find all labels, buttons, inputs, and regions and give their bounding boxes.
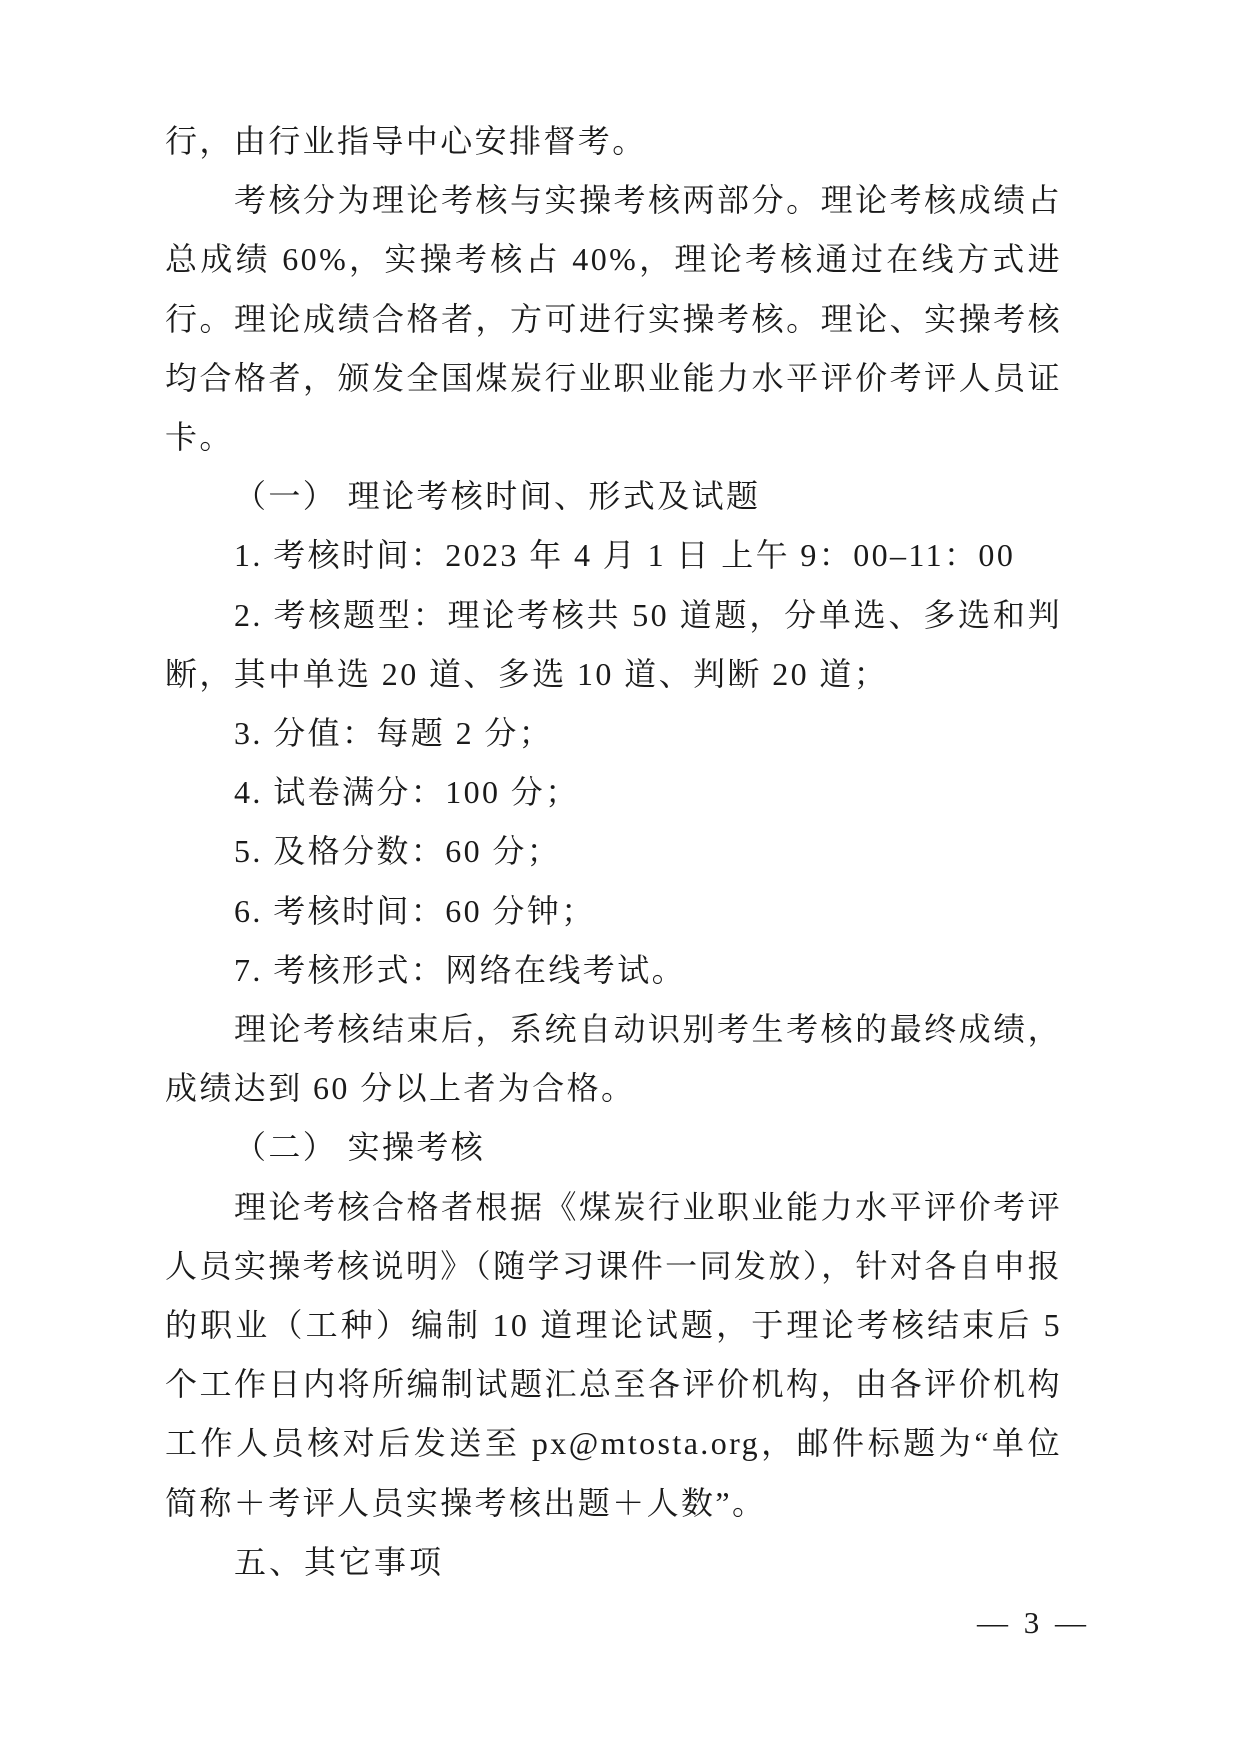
list-item-duration: 6. 考核时间：60 分钟；	[165, 882, 1062, 941]
list-item-full-score: 4. 试卷满分：100 分；	[165, 763, 1062, 822]
document-body: 行，由行业指导中心安排督考。 考核分为理论考核与实操考核两部分。理论考核成绩占总…	[165, 112, 1062, 1592]
paragraph-practical-detail: 理论考核合格者根据《煤炭行业职业能力水平评价考评人员实操考核说明》（随学习课件一…	[165, 1178, 1062, 1533]
list-item-question-types: 2. 考核题型：理论考核共 50 道题，分单选、多选和判断，其中单选 20 道、…	[165, 586, 1062, 704]
list-item-assessment-time: 1. 考核时间：2023 年 4 月 1 日 上午 9：00–11：00	[165, 526, 1062, 585]
section-heading-practical-assessment: （二） 实操考核	[165, 1118, 1062, 1177]
document-page: 行，由行业指导中心安排督考。 考核分为理论考核与实操考核两部分。理论考核成绩占总…	[0, 0, 1240, 1754]
paragraph-continuation: 行，由行业指导中心安排督考。	[165, 112, 1062, 171]
list-item-exam-format: 7. 考核形式：网络在线考试。	[165, 941, 1062, 1000]
list-item-passing-score: 5. 及格分数：60 分；	[165, 822, 1062, 881]
list-item-points-per-question: 3. 分值：每题 2 分；	[165, 704, 1062, 763]
paragraph-theory-result-note: 理论考核结束后，系统自动识别考生考核的最终成绩，成绩达到 60 分以上者为合格。	[165, 1000, 1062, 1118]
paragraph-assessment-overview: 考核分为理论考核与实操考核两部分。理论考核成绩占总成绩 60%，实操考核占 40…	[165, 171, 1062, 467]
page-number: — 3 —	[977, 1605, 1090, 1640]
section-heading-other-matters: 五、其它事项	[165, 1533, 1062, 1592]
page-footer: — 3 —	[977, 1605, 1090, 1641]
section-heading-theory-assessment: （一） 理论考核时间、形式及试题	[165, 467, 1062, 526]
